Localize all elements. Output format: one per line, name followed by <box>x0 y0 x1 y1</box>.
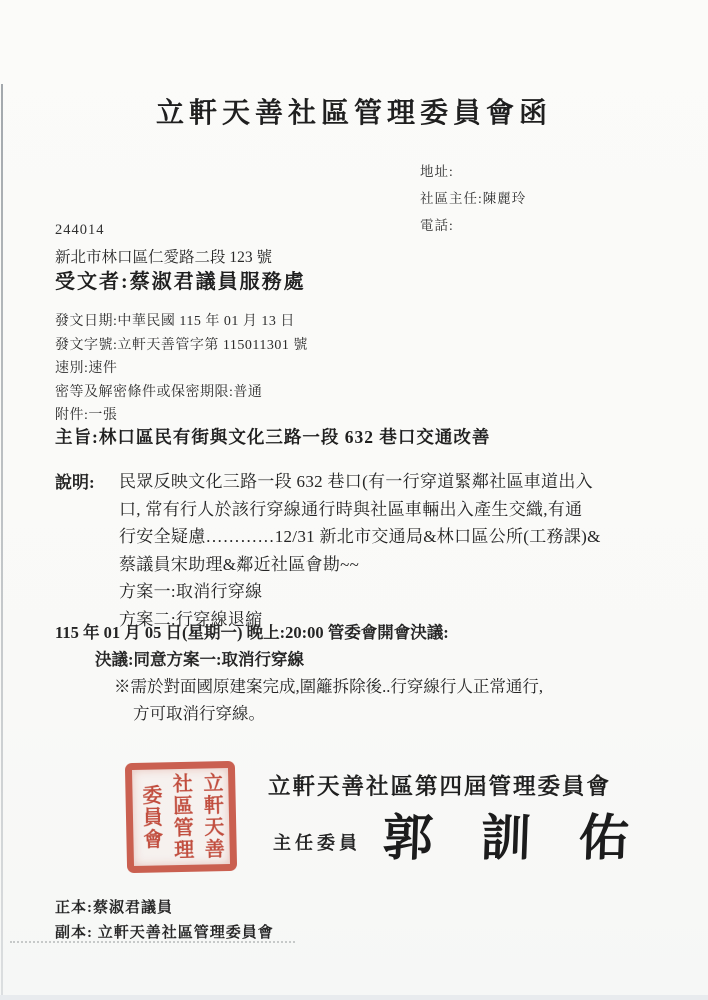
scan-dotted-artifact <box>10 941 295 943</box>
sender-address-label: 地址: <box>420 158 526 185</box>
committee-red-seal: 立軒天善 社區管理 委員會 <box>125 761 237 873</box>
description-line: 行安全疑慮…………12/31 新北市交通局&林口區公所(工務課)& <box>119 523 601 551</box>
recipient-line: 受文者:蔡淑君議員服務處 <box>55 265 306 294</box>
postal-code: 244014 <box>55 222 105 239</box>
document-meta-block: 發文日期:中華民國 115 年 01 月 13 日 發文字號:立軒天善管字第 1… <box>55 310 308 428</box>
description-line: 蔡議員宋助理&鄰近社區會勘~~ <box>119 551 601 579</box>
decision-line: 決議:同意方案一:取消行穿線 <box>95 646 304 670</box>
chairman-title: 主任委員 <box>273 829 361 855</box>
footer-duplicate-copy-line: 副本: 立軒天善社區管理委員會 <box>55 921 274 942</box>
description-label: 說明: <box>55 468 95 493</box>
seal-column-middle: 社區管理 <box>170 773 192 861</box>
footer-original-copy-line: 正本:蔡淑君議員 <box>55 896 173 917</box>
signing-committee-name: 立軒天善社區第四屆管理委員會 <box>268 769 611 801</box>
decision-note-line-1: ※需於對面國原建案完成,圍籬拆除後..行穿線行人正常通行, <box>114 673 543 697</box>
description-body: 民眾反映文化三路一段 632 巷口(有一行穿道緊鄰社區車道出入 口, 常有行人於… <box>119 468 601 633</box>
scan-edge-artifact <box>1 84 3 1000</box>
subject-line: 主旨:林口區民有街與文化三路一段 632 巷口交通改善 <box>55 424 490 449</box>
meta-doc-number: 發文字號:立軒天善管字第 115011301 號 <box>55 334 308 358</box>
description-line: 口, 常有行人於該行穿線通行時與社區車輛出入產生交織,有通 <box>119 496 601 524</box>
sender-info-block: 地址: 社區主任:陳麗玲 電話: <box>420 158 526 239</box>
description-line: 民眾反映文化三路一段 632 巷口(有一行穿道緊鄰社區車道出入 <box>119 468 601 496</box>
decision-note-line-2: 方可取消行穿線。 <box>133 700 265 724</box>
scan-bottom-edge <box>0 995 708 1000</box>
meta-speed-class: 速別:速件 <box>55 357 308 381</box>
document-title: 立軒天善社區管理委員會函 <box>0 91 708 131</box>
meta-issue-date: 發文日期:中華民國 115 年 01 月 13 日 <box>55 310 308 334</box>
sender-phone-label: 電話: <box>420 212 526 239</box>
meeting-date-line: 115 年 01 月 05 日(星期一) 晚上:20:00 管委會開會決議: <box>55 619 449 643</box>
sender-community-manager: 社區主任:陳麗玲 <box>420 185 526 212</box>
recipient-address: 新北市林口區仁愛路二段 123 號 <box>55 245 272 267</box>
meta-security-class: 密等及解密條件或保密期限:普通 <box>55 381 308 405</box>
description-option-1: 方案一:取消行穿線 <box>119 578 601 606</box>
chairman-signature-name: 郭訓佑 <box>382 798 679 870</box>
seal-column-right: 立軒天善 <box>201 772 223 860</box>
scanned-letter-page: 立軒天善社區管理委員會函 地址: 社區主任:陳麗玲 電話: 244014 新北市… <box>0 0 708 1000</box>
seal-column-left: 委員會 <box>140 784 161 850</box>
